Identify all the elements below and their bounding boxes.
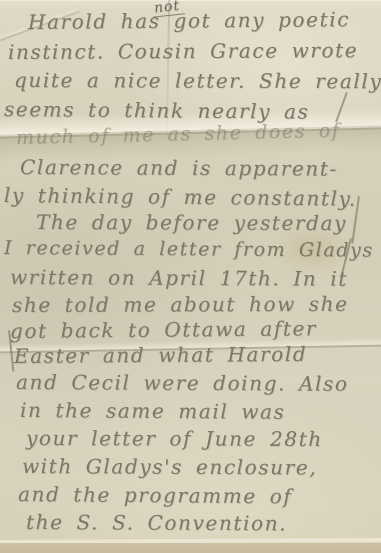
letter-line-11: she told me about how she [12,292,349,317]
letter-line-5: much of me as she does of [16,120,341,149]
letter-line-2: instinct. Cousin Grace wrote [8,38,358,64]
pen-stroke [335,92,347,123]
letter-line-4: seems to think nearly as [4,97,310,124]
letter-line-7: ly thinking of me constantly. [4,183,357,211]
letter-line-13: Easter and what Harold [14,342,307,368]
letter-line-9: I received a letter from Gladys [4,237,374,262]
letter-line-19: the S. S. Convention. [26,510,287,535]
letter-line-1: Harold has got any poetic [28,7,350,34]
letter-line-12: got back to Ottawa after [10,316,317,343]
letter-line-10: written on April 17th. In it [10,265,348,291]
letter-line-16: your letter of June 28th [26,426,323,451]
letter-page: not Harold has got any poeticinstinct. C… [0,0,381,553]
letter-line-18: and the programme of [18,482,293,508]
letter-line-6: Clarence and is apparent- [20,155,338,181]
letter-line-8: The day before yesterday [36,210,347,235]
letter-body: not Harold has got any poeticinstinct. C… [0,0,381,553]
letter-line-17: with Gladys's enclosure, [22,454,317,480]
letter-line-14: and Cecil were doing. Also [16,370,349,396]
letter-line-3: quite a nice letter. She really [14,68,381,93]
letter-line-15: in the same mail was [20,398,286,424]
